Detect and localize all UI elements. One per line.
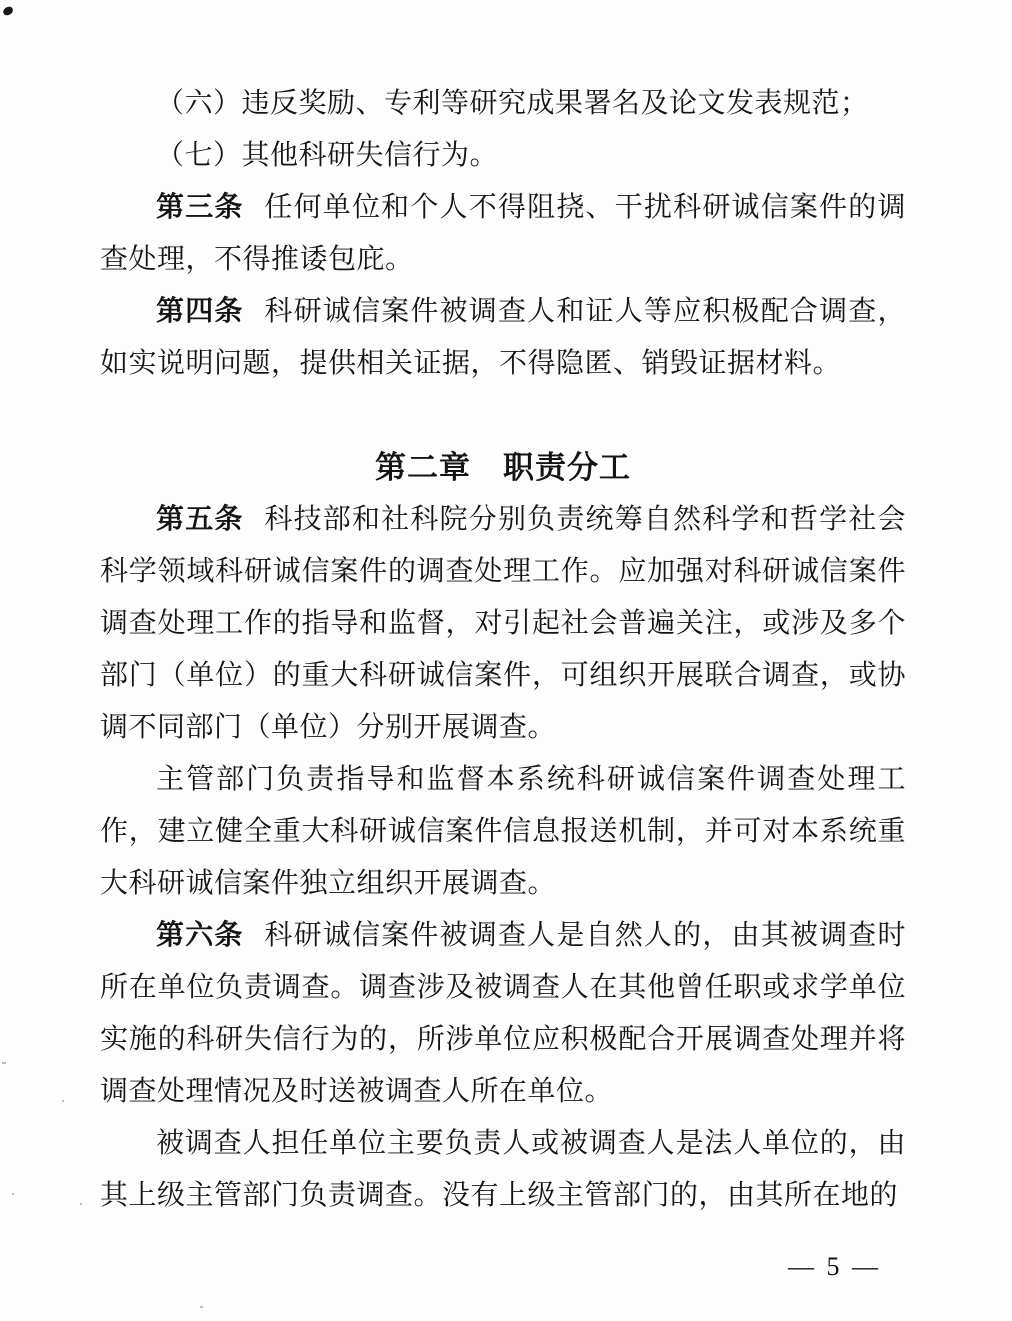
scan-speck bbox=[2, 1062, 6, 1064]
paragraph-supervisor-duty: 主管部门负责指导和监督本系统科研诚信案件调查处理工作，建立健全重大科研诚信案件信… bbox=[100, 754, 906, 910]
article-5-text: 科技部和社科院分别负责统筹自然科学和哲学社会科学领域科研诚信案件的调查处理工作。… bbox=[100, 504, 906, 743]
page-number: — 5 — bbox=[788, 1252, 881, 1282]
document-page: （六）违反奖励、专利等研究成果署名及论文发表规范； （七）其他科研失信行为。 第… bbox=[0, 0, 1012, 1321]
article-3: 第三条 任何单位和个人不得阻挠、干扰科研诚信案件的调查处理，不得推诿包庇。 bbox=[100, 182, 906, 286]
article-5-label: 第五条 bbox=[156, 504, 244, 535]
article-4-label: 第四条 bbox=[156, 296, 244, 327]
article-6: 第六条 科研诚信案件被调查人是自然人的，由其被调查时所在单位负责调查。调查涉及被… bbox=[100, 910, 906, 1118]
article-4: 第四条 科研诚信案件被调查人和证人等应积极配合调查，如实说明问题，提供相关证据，… bbox=[100, 286, 906, 390]
article-6-label: 第六条 bbox=[156, 920, 244, 951]
paragraph-text: 被调查人担任单位主要负责人或被调查人是法人单位的，由其上级主管部门负责调查。没有… bbox=[100, 1128, 906, 1211]
scan-speck bbox=[200, 1306, 203, 1308]
chapter-heading: 第二章 职责分工 bbox=[100, 442, 906, 494]
clause-item-6: （六）违反奖励、专利等研究成果署名及论文发表规范； bbox=[100, 78, 906, 130]
scan-artifact-ink-blob bbox=[2, 6, 14, 17]
article-3-label: 第三条 bbox=[156, 192, 244, 223]
article-5: 第五条 科技部和社科院分别负责统筹自然科学和哲学社会科学领域科研诚信案件的调查处… bbox=[100, 494, 906, 754]
paragraph-text: 主管部门负责指导和监督本系统科研诚信案件调查处理工作，建立健全重大科研诚信案件信… bbox=[100, 764, 906, 899]
paragraph-continuation: 被调查人担任单位主要负责人或被调查人是法人单位的，由其上级主管部门负责调查。没有… bbox=[100, 1118, 906, 1222]
clause-text: （六）违反奖励、专利等研究成果署名及论文发表规范； bbox=[156, 88, 869, 119]
clause-text: （七）其他科研失信行为。 bbox=[156, 140, 498, 171]
scan-speck bbox=[80, 1203, 82, 1205]
clause-item-7: （七）其他科研失信行为。 bbox=[100, 130, 906, 182]
scan-speck bbox=[62, 1100, 64, 1102]
scan-speck bbox=[12, 1193, 14, 1195]
document-body: （六）违反奖励、专利等研究成果署名及论文发表规范； （七）其他科研失信行为。 第… bbox=[100, 78, 906, 1222]
